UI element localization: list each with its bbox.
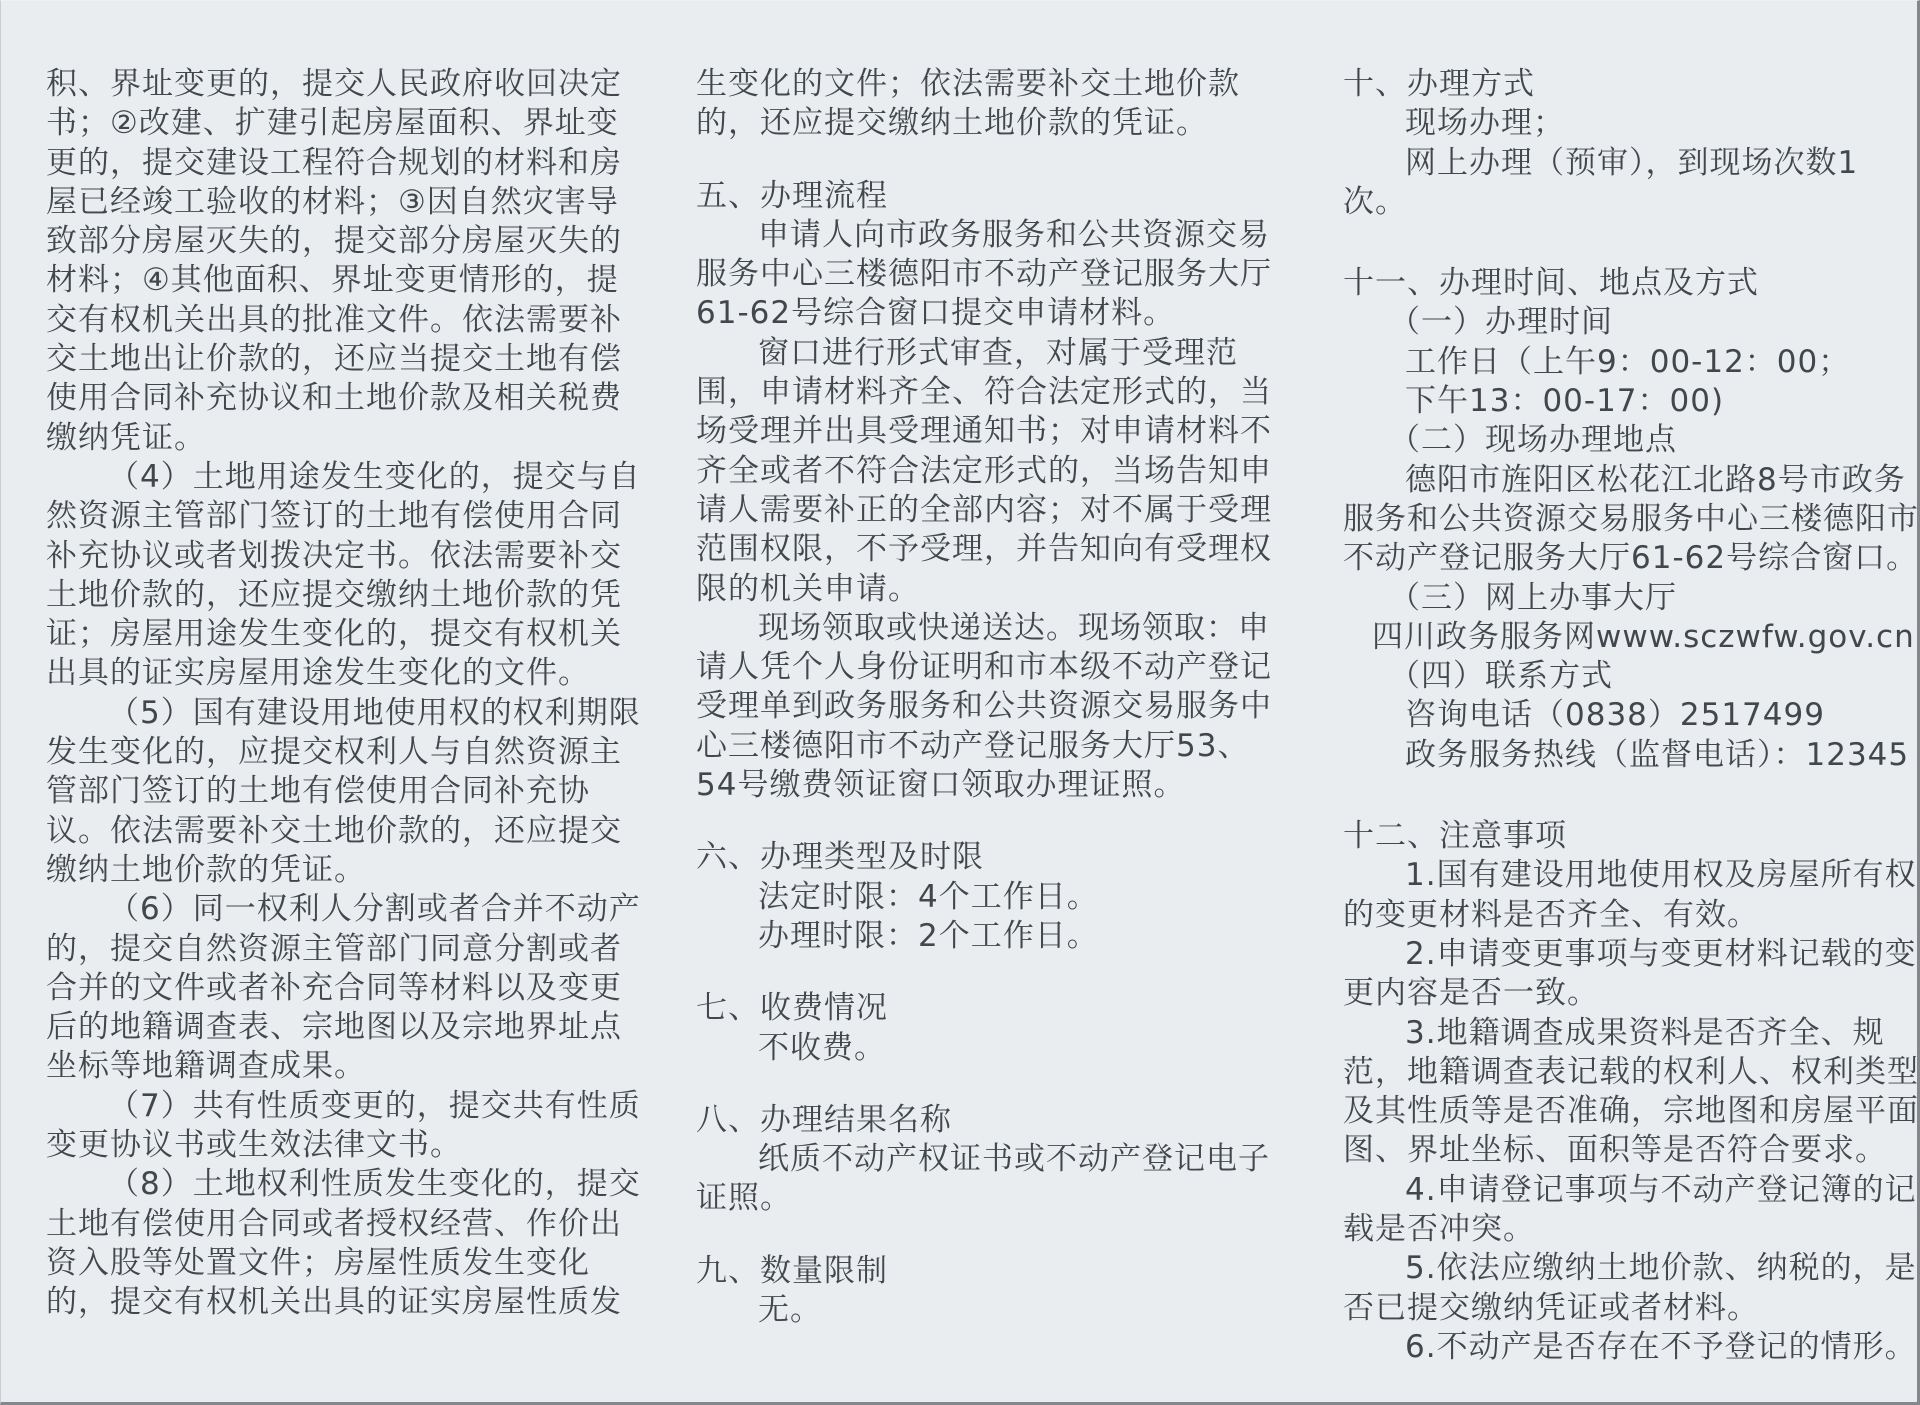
text-line: 政务服务热线（监督电话）：12345: [1343, 736, 1899, 775]
section-heading: 十、办理方式: [1343, 65, 1899, 104]
section-heading: 七、收费情况: [696, 989, 1252, 1028]
paragraph-gap: [1343, 222, 1899, 264]
section-heading: 六、办理类型及时限: [696, 838, 1252, 877]
text-line: 场受理并出具受理通知书；对申请材料不: [696, 412, 1252, 451]
text-line: 围，申请材料齐全、符合法定形式的，当: [696, 373, 1252, 412]
text-line: 下午13：00-17：00): [1343, 382, 1899, 421]
text-line: 材料；④其他面积、界址变更情形的，提: [46, 261, 602, 300]
text-line: 现场办理；: [1343, 104, 1899, 143]
brochure-page: 积、界址变更的，提交人民政府收回决定书；②改建、扩建引起房屋面积、界址变更的，提…: [0, 0, 1920, 1405]
text-line: 法定时限：4个工作日。: [696, 878, 1252, 917]
text-line: 齐全或者不符合法定形式的，当场告知申: [696, 452, 1252, 491]
text-line: 不收费。: [696, 1029, 1252, 1068]
text-line: 交土地出让价款的，还应当提交土地有偿: [46, 340, 602, 379]
text-line: 德阳市旌阳区松花江北路8号市政务: [1343, 461, 1899, 500]
text-line: （四）联系方式: [1343, 657, 1899, 696]
text-line: 的变更材料是否齐全、有效。: [1343, 896, 1899, 935]
text-line: 缴纳凭证。: [46, 419, 602, 458]
text-line: 范围权限，不予受理，并告知向有受理权: [696, 530, 1252, 569]
text-line: 限的机关申请。: [696, 570, 1252, 609]
text-line: 合并的文件或者补充合同等材料以及变更: [46, 969, 602, 1008]
text-line: 工作日（上午9：00-12：00；: [1343, 343, 1899, 382]
text-line: 交有权机关出具的批准文件。依法需要补: [46, 301, 602, 340]
text-line: 的，提交有权机关出具的证实房屋性质发: [46, 1283, 602, 1322]
panel-middle: 生变化的文件；依法需要补交土地价款的，还应提交缴纳土地价款的凭证。五、办理流程申…: [696, 65, 1252, 1330]
text-line: 补充协议或者划拨决定书。依法需要补交: [46, 537, 602, 576]
text-line: 积、界址变更的，提交人民政府收回决定: [46, 65, 602, 104]
paragraph-gap: [696, 956, 1252, 989]
text-line: （三）网上办事大厅: [1343, 579, 1899, 618]
text-line: 办理时限：2个工作日。: [696, 917, 1252, 956]
text-line: 申请人向市政务服务和公共资源交易: [696, 216, 1252, 255]
text-line: 屋已经竣工验收的材料；③因自然灾害导: [46, 183, 602, 222]
text-line: 资入股等处置文件；房屋性质发生变化: [46, 1244, 602, 1283]
text-line: 四川政务服务网www.sczwfw.gov.cn: [1343, 618, 1899, 657]
paragraph-gap: [1343, 775, 1899, 817]
text-line: 证照。: [696, 1179, 1252, 1218]
text-line: 服务中心三楼德阳市不动产登记服务大厅: [696, 255, 1252, 294]
text-line: 书；②改建、扩建引起房屋面积、界址变: [46, 104, 602, 143]
text-line: 3.地籍调查成果资料是否齐全、规: [1343, 1014, 1899, 1053]
text-line: 网上办理（预审），到现场次数1: [1343, 144, 1899, 183]
text-line: 证；房屋用途发生变化的，提交有权机关: [46, 615, 602, 654]
text-line: 请人需要补正的全部内容；对不属于受理: [696, 491, 1252, 530]
paragraph-gap: [696, 1068, 1252, 1101]
panel-left: 积、界址变更的，提交人民政府收回决定书；②改建、扩建引起房屋面积、界址变更的，提…: [46, 65, 602, 1323]
text-line: 2.申请变更事项与变更材料记载的变: [1343, 935, 1899, 974]
text-line: 更的，提交建设工程符合规划的材料和房: [46, 144, 602, 183]
text-line: 否已提交缴纳凭证或者材料。: [1343, 1289, 1899, 1328]
text-line: 5.依法应缴纳土地价款、纳税的，是: [1343, 1249, 1899, 1288]
text-line: 的，提交自然资源主管部门同意分割或者: [46, 930, 602, 969]
paragraph-gap: [696, 144, 1252, 177]
text-line: 坐标等地籍调查成果。: [46, 1047, 602, 1086]
paragraph-gap: [696, 1219, 1252, 1252]
text-line: 变更协议书或生效法律文书。: [46, 1126, 602, 1165]
text-line: 纸质不动产权证书或不动产登记电子: [696, 1140, 1252, 1179]
text-line: （7）共有性质变更的，提交共有性质: [46, 1087, 602, 1126]
text-line: 现场领取或快递送达。现场领取：申: [696, 609, 1252, 648]
text-line: 后的地籍调查表、宗地图以及宗地界址点: [46, 1008, 602, 1047]
text-line: （二）现场办理地点: [1343, 421, 1899, 460]
text-line: 土地价款的，还应提交缴纳土地价款的凭: [46, 576, 602, 615]
text-line: 无。: [696, 1291, 1252, 1330]
text-line: 4.申请登记事项与不动产登记簿的记: [1343, 1171, 1899, 1210]
text-line: 然资源主管部门签订的土地有偿使用合同: [46, 497, 602, 536]
section-heading: 五、办理流程: [696, 177, 1252, 216]
text-line: 咨询电话（0838）2517499: [1343, 696, 1899, 735]
text-line: 缴纳土地价款的凭证。: [46, 851, 602, 890]
text-line: 出具的证实房屋用途发生变化的文件。: [46, 654, 602, 693]
text-line: 54号缴费领证窗口领取办理证照。: [696, 766, 1252, 805]
text-line: 图、界址坐标、面积等是否符合要求。: [1343, 1131, 1899, 1170]
text-line: （4）土地用途发生变化的，提交与自: [46, 458, 602, 497]
text-line: 范，地籍调查表记载的权利人、权利类型: [1343, 1053, 1899, 1092]
text-line: 管部门签订的土地有偿使用合同补充协: [46, 772, 602, 811]
section-heading: 九、数量限制: [696, 1252, 1252, 1291]
text-line: 发生变化的，应提交权利人与自然资源主: [46, 733, 602, 772]
text-line: 议。依法需要补交土地价款的，还应提交: [46, 812, 602, 851]
text-line: 服务和公共资源交易服务中心三楼德阳市: [1343, 500, 1899, 539]
text-line: （6）同一权利人分割或者合并不动产: [46, 890, 602, 929]
text-line: 不动产登记服务大厅61-62号综合窗口。: [1343, 539, 1899, 578]
text-line: 及其性质等是否准确，宗地图和房屋平面: [1343, 1092, 1899, 1131]
text-line: （一）办理时间: [1343, 303, 1899, 342]
text-line: 受理单到政务服务和公共资源交易服务中: [696, 687, 1252, 726]
text-line: 载是否冲突。: [1343, 1210, 1899, 1249]
text-line: 窗口进行形式审查，对属于受理范: [696, 334, 1252, 373]
text-line: 次。: [1343, 183, 1899, 222]
text-line: 更内容是否一致。: [1343, 974, 1899, 1013]
text-line: 的，还应提交缴纳土地价款的凭证。: [696, 104, 1252, 143]
text-line: 61-62号综合窗口提交申请材料。: [696, 294, 1252, 333]
text-line: 致部分房屋灭失的，提交部分房屋灭失的: [46, 222, 602, 261]
section-heading: 八、办理结果名称: [696, 1101, 1252, 1140]
text-line: 1.国有建设用地使用权及房屋所有权: [1343, 856, 1899, 895]
section-heading: 十二、注意事项: [1343, 817, 1899, 856]
text-line: （5）国有建设用地使用权的权利期限: [46, 694, 602, 733]
text-line: 使用合同补充协议和土地价款及相关税费: [46, 379, 602, 418]
section-heading: 十一、办理时间、地点及方式: [1343, 264, 1899, 303]
text-line: 6.不动产是否存在不予登记的情形。: [1343, 1328, 1899, 1367]
text-line: 土地有偿使用合同或者授权经营、作价出: [46, 1205, 602, 1244]
paragraph-gap: [696, 805, 1252, 838]
text-line: （8）土地权利性质发生变化的，提交: [46, 1165, 602, 1204]
panel-right: 十、办理方式现场办理；网上办理（预审），到现场次数1次。十一、办理时间、地点及方…: [1343, 65, 1899, 1367]
text-line: 心三楼德阳市不动产登记服务大厅53、: [696, 727, 1252, 766]
text-line: 生变化的文件；依法需要补交土地价款: [696, 65, 1252, 104]
text-line: 请人凭个人身份证明和市本级不动产登记: [696, 648, 1252, 687]
